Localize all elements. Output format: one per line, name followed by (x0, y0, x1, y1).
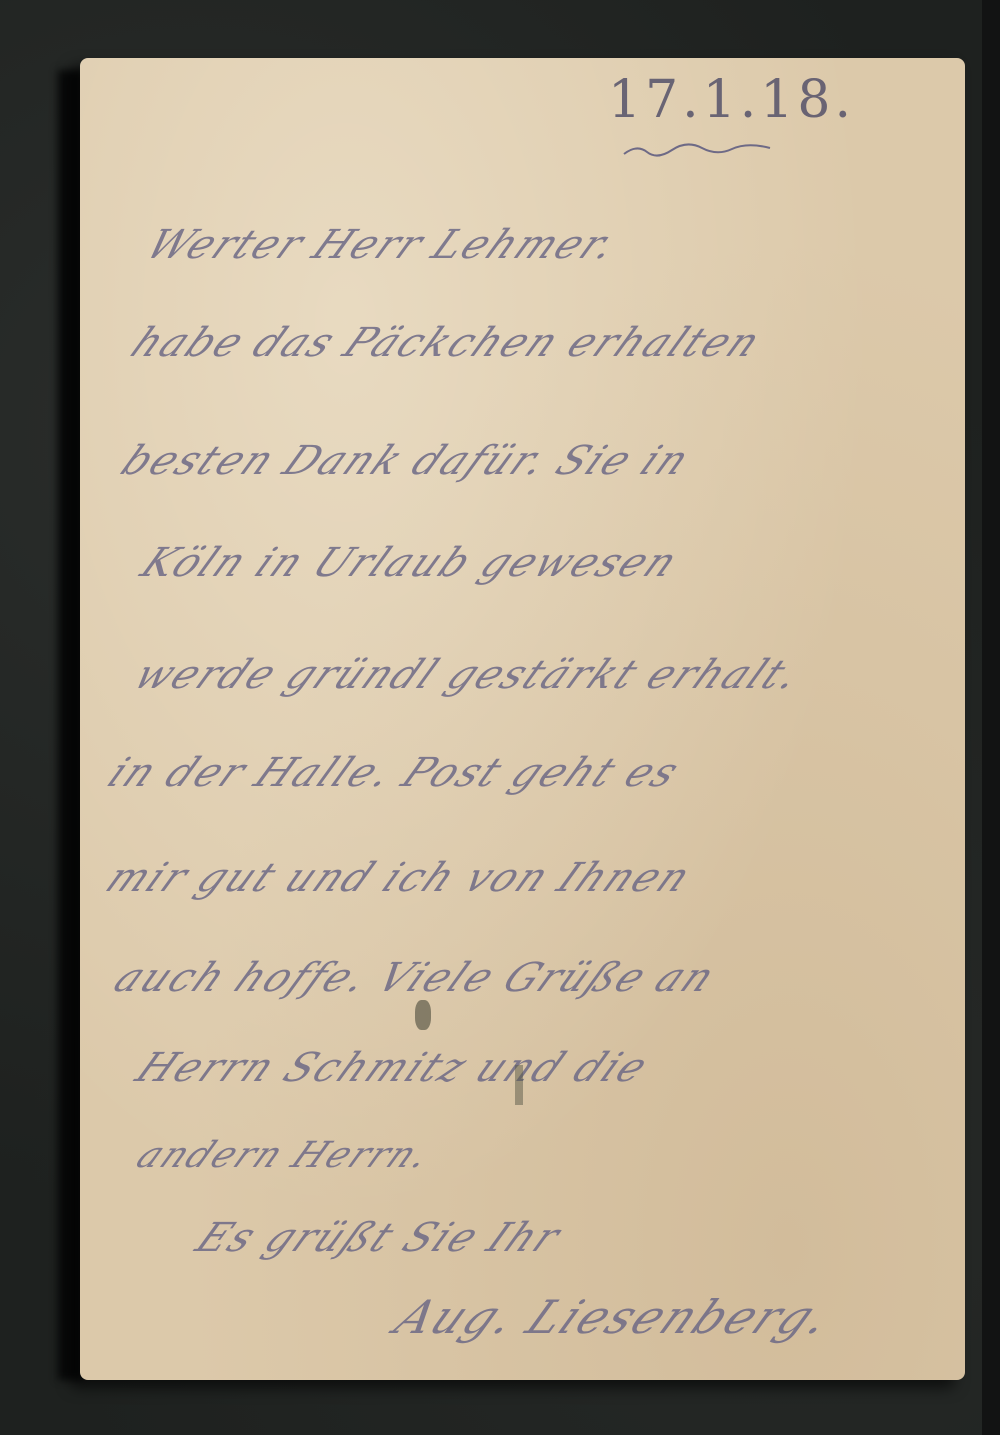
letter-line-7: mir gut und ich von Ihnen (98, 855, 701, 901)
letter-line-4: Köln in Urlaub gewesen (133, 540, 688, 586)
letter-line-10: andern Herrn. (129, 1135, 439, 1176)
scan-edge (982, 0, 1000, 1435)
card-shadow (58, 70, 82, 1380)
letter-line-2: habe das Päckchen erhalten (123, 320, 770, 366)
letter-line-5: werde gründl gestärkt erhalt. (126, 652, 811, 698)
ink-stain (415, 1000, 431, 1030)
signature: Aug. Liesenberg. (386, 1290, 844, 1344)
letter-line-9: Herrn Schmitz und die (128, 1045, 658, 1091)
ink-stain (515, 1065, 523, 1105)
letter-line-8: auch hoffe. Viele Grüße an (106, 955, 725, 1001)
letter-line-6: in der Halle. Post geht es (100, 750, 689, 796)
salutation: Werter Herr Lehmer. (138, 222, 627, 268)
letter-line-3: besten Dank dafür. Sie in (113, 438, 699, 484)
letter-date: 17.1.18. (608, 70, 855, 130)
date-underline-squiggle (622, 140, 772, 160)
closing-line: Es grüßt Sie Ihr (188, 1215, 570, 1261)
